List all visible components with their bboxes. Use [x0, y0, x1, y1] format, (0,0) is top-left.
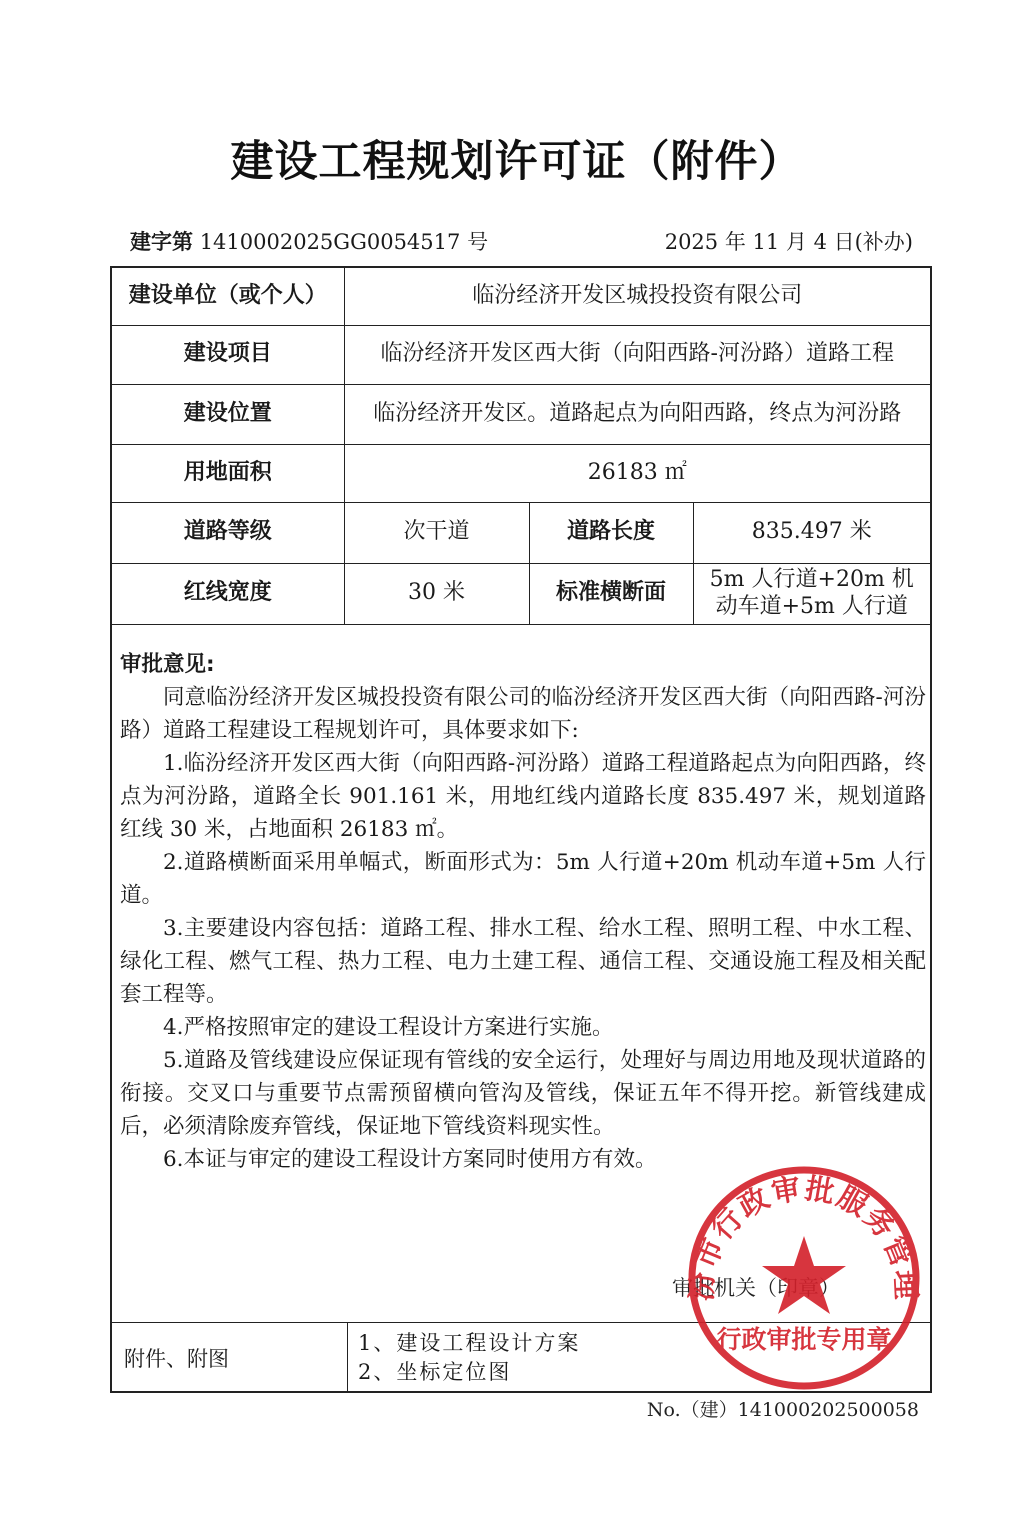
- approval-opinion: 审批意见: 同意临汾经济开发区城投投资有限公司的临汾经济开发区西大街（向阳西路-…: [120, 648, 926, 1176]
- attachments-label: 附件、附图: [112, 1323, 348, 1393]
- field-value-project: 临汾经济开发区西大街（向阳西路-河汾路）道路工程: [344, 325, 930, 384]
- serial-number: No.（建）141000202500058: [647, 1395, 919, 1422]
- approval-item: 3.主要建设内容包括：道路工程、排水工程、给水工程、照明工程、中水工程、绿化工程…: [120, 912, 926, 1011]
- attachments-list: 1、建设工程设计方案 2、坐标定位图: [358, 1329, 580, 1387]
- info-table: 建设单位（或个人） 临汾经济开发区城投投资有限公司 建设项目 临汾经济开发区西大…: [112, 268, 930, 625]
- table-row: 建设单位（或个人） 临汾经济开发区城投投资有限公司: [112, 268, 930, 325]
- approval-intro: 同意临汾经济开发区城投投资有限公司的临汾经济开发区西大街（向阳西路-河汾路）道路…: [120, 681, 926, 747]
- field-label: 建设位置: [112, 384, 344, 444]
- document-title: 建设工程规划许可证（附件）: [0, 128, 1033, 189]
- field-label: 道路等级: [112, 502, 344, 563]
- permit-number-line: 建字第 1410002025GG0054517 号: [130, 226, 488, 256]
- approval-item: 5.道路及管线建设应保证现有管线的安全运行，处理好与周边用地及现状道路的衔接。交…: [120, 1044, 926, 1143]
- approval-authority-seal-label: 审批机关（印章）: [672, 1272, 840, 1302]
- issue-date: 2025 年 11 月 4 日(补办): [665, 226, 913, 256]
- table-row: 建设位置 临汾经济开发区。道路起点为向阳西路，终点为河汾路: [112, 384, 930, 444]
- field-value-redline-width: 30 米: [344, 563, 529, 624]
- field-value-location: 临汾经济开发区。道路起点为向阳西路，终点为河汾路: [344, 384, 930, 444]
- field-label: 标准横断面: [529, 563, 693, 624]
- attachment-item: 2、坐标定位图: [358, 1358, 580, 1387]
- attachments-row: 附件、附图 1、建设工程设计方案 2、坐标定位图: [112, 1322, 930, 1392]
- permit-suffix: 号: [467, 230, 488, 254]
- table-row: 道路等级 次干道 道路长度 835.497 米: [112, 502, 930, 563]
- table-row: 用地面积 26183 ㎡: [112, 444, 930, 502]
- table-row: 建设项目 临汾经济开发区西大街（向阳西路-河汾路）道路工程: [112, 325, 930, 384]
- field-value-road-length: 835.497 米: [693, 502, 930, 563]
- field-value-cross-section: 5m 人行道+20m 机动车道+5m 人行道: [693, 563, 930, 624]
- approval-item: 2.道路横断面采用单幅式，断面形式为：5m 人行道+20m 机动车道+5m 人行…: [120, 846, 926, 912]
- approval-item: 6.本证与审定的建设工程设计方案同时使用方有效。: [120, 1143, 926, 1176]
- field-label: 道路长度: [529, 502, 693, 563]
- permit-number: 1410002025GG0054517: [200, 230, 461, 254]
- permit-prefix: 建字第: [130, 230, 193, 254]
- approval-item: 4.严格按照审定的建设工程设计方案进行实施。: [120, 1011, 926, 1044]
- field-value-road-grade: 次干道: [344, 502, 529, 563]
- field-label: 用地面积: [112, 444, 344, 502]
- approval-item: 1.临汾经济开发区西大街（向阳西路-河汾路）道路工程道路起点为向阳西路，终点为河…: [120, 747, 926, 846]
- attachment-item: 1、建设工程设计方案: [358, 1329, 580, 1358]
- field-label: 红线宽度: [112, 563, 344, 624]
- approval-heading: 审批意见:: [120, 648, 926, 681]
- field-value-builder: 临汾经济开发区城投投资有限公司: [344, 268, 930, 325]
- field-label: 建设项目: [112, 325, 344, 384]
- permit-sheet: 建设单位（或个人） 临汾经济开发区城投投资有限公司 建设项目 临汾经济开发区西大…: [110, 266, 932, 1393]
- table-row: 红线宽度 30 米 标准横断面 5m 人行道+20m 机动车道+5m 人行道: [112, 563, 930, 624]
- field-value-land-area: 26183 ㎡: [344, 444, 930, 502]
- field-label: 建设单位（或个人）: [112, 268, 344, 325]
